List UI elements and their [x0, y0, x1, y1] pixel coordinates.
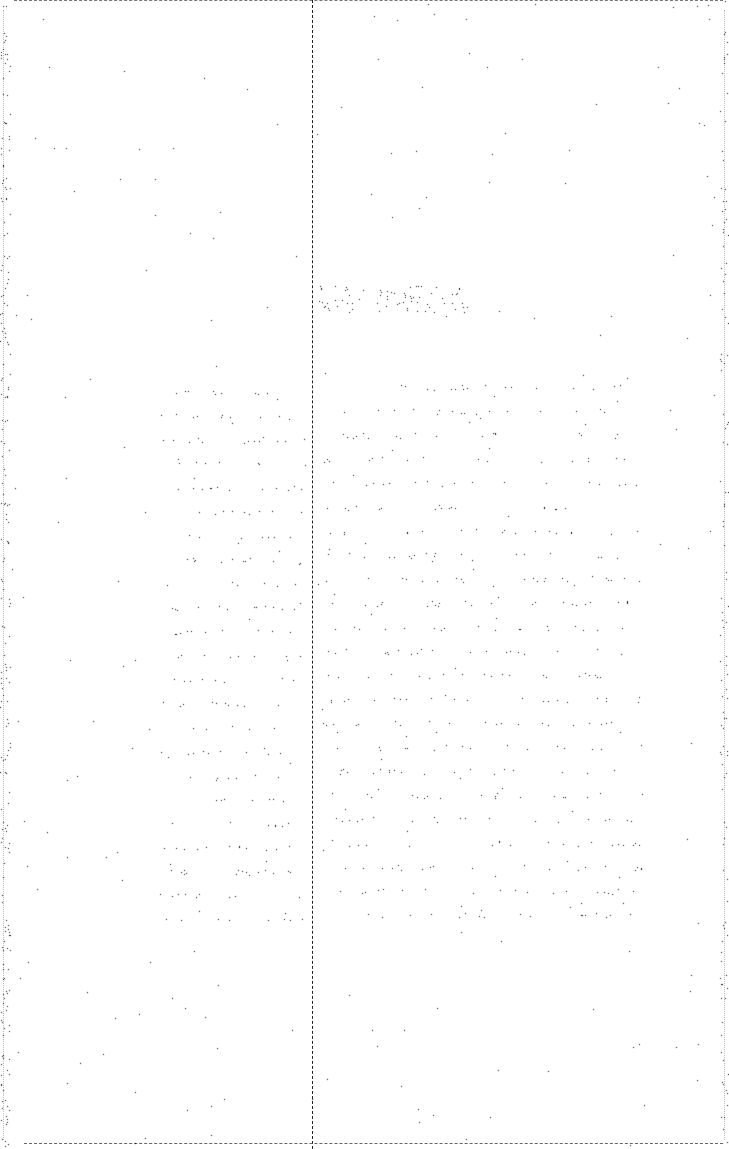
scanned-page-spread	[0, 0, 729, 1149]
scan-speckle-texture	[0, 0, 729, 1149]
